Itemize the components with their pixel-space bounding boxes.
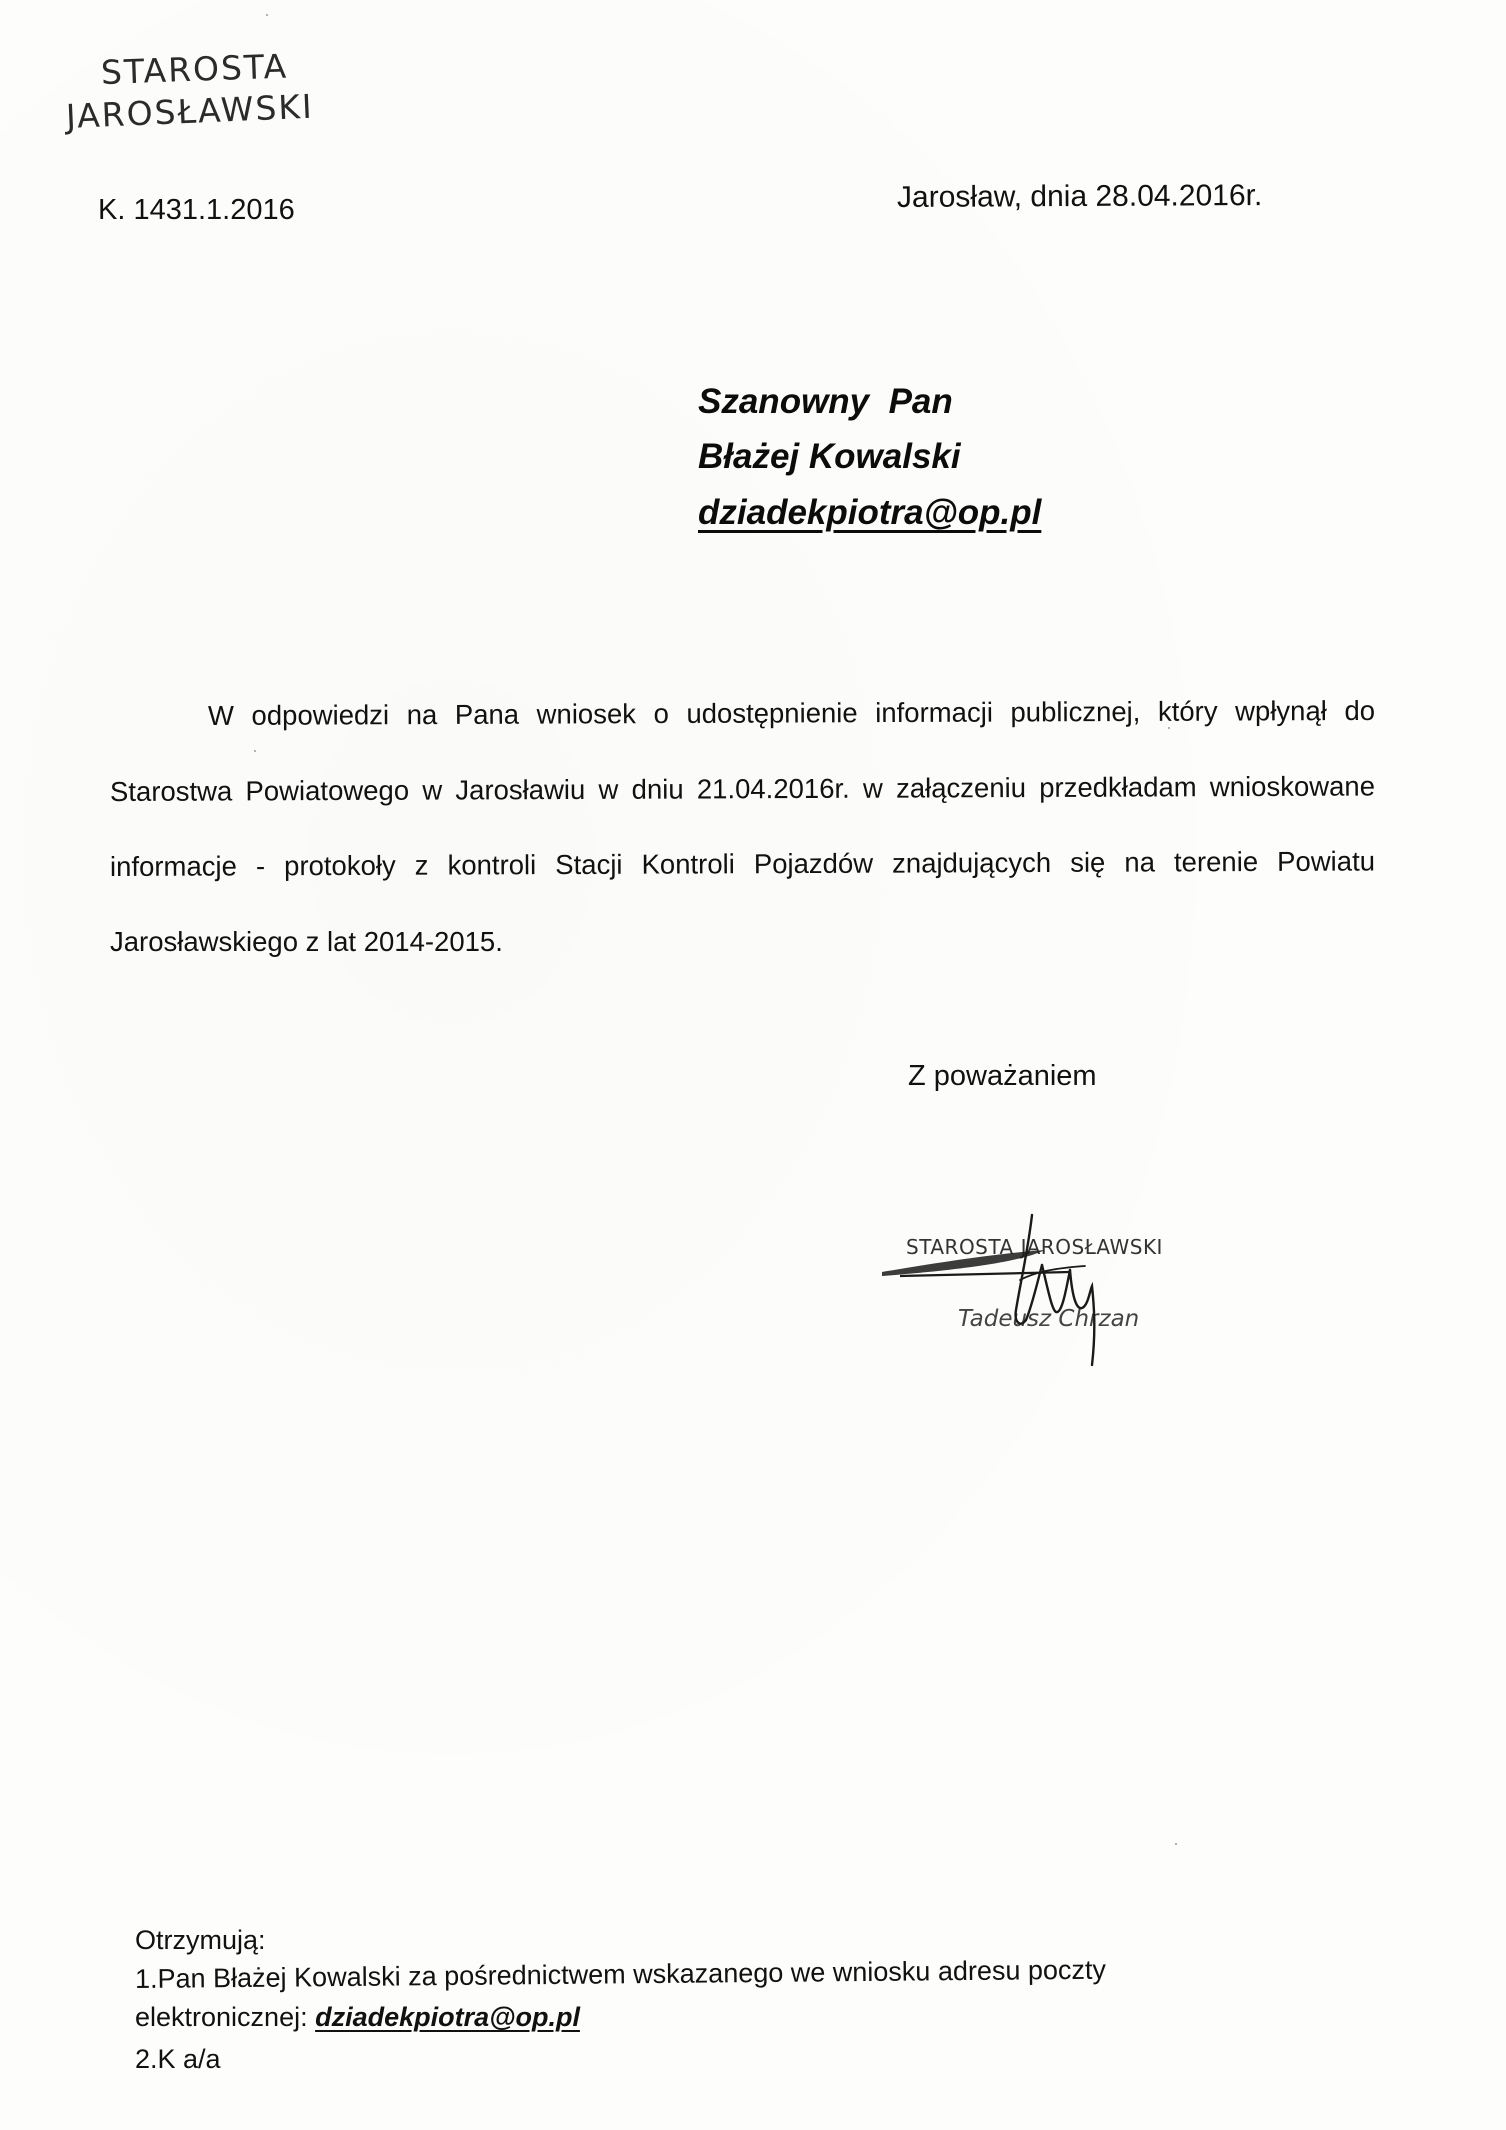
office-stamp-line1: STAROSTA (100, 49, 288, 89)
body-paragraph-line: Jarosławskiego z lat 2014-2015. (110, 926, 503, 958)
addressee-email-link[interactable]: dziadekpiotra@op.pl (698, 493, 1041, 533)
body-paragraph-line: informacje - protokoły z kontroli Stacji… (110, 845, 1375, 883)
scan-speck (254, 750, 256, 752)
handwritten-signature-icon (870, 1210, 1200, 1370)
scan-speck (1175, 1843, 1177, 1845)
scan-speck (266, 14, 268, 16)
office-stamp-line2: JAROSŁAWSKI (65, 90, 314, 133)
place-and-date: Jarosław, dnia 28.04.2016r. (897, 179, 1262, 215)
reference-number: K. 1431.1.2016 (98, 194, 295, 227)
scan-speck (1168, 727, 1170, 729)
addressee-name: Błażej Kowalski (698, 437, 961, 477)
body-paragraph-line: W odpowiedzi na Pana wniosek o udostępni… (208, 695, 1375, 732)
recipient-item-1-continuation: elektronicznej: dziadekpiotra@op.pl (135, 2002, 580, 2033)
closing-phrase: Z poważaniem (908, 1060, 1097, 1093)
recipients-heading: Otrzymują: (135, 1925, 266, 1956)
recipient-item-2: 2.K a/a (135, 2044, 221, 2075)
addressee-salutation: Szanowny Pan (698, 382, 953, 422)
letter-page: STAROSTA JAROSŁAWSKI K. 1431.1.2016 Jaro… (0, 0, 1506, 2130)
recipient-item-1: 1.Pan Błażej Kowalski za pośrednictwem w… (135, 1955, 1106, 1995)
body-paragraph-line: Starostwa Powiatowego w Jarosławiu w dni… (110, 770, 1375, 808)
recipient-email-link[interactable]: dziadekpiotra@op.pl (315, 2002, 580, 2032)
recipient-email-prefix: elektronicznej: (135, 2002, 315, 2032)
